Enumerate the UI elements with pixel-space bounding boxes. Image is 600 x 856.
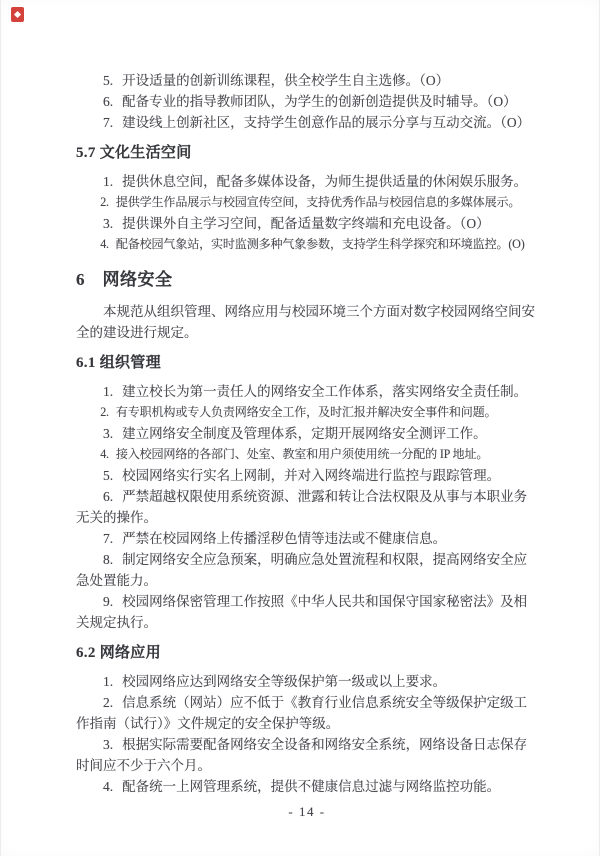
list-item-text: 配备专业的指导教师团队，为学生的创新创造提供及时辅导。（O） <box>122 94 517 109</box>
list-item-text: 严禁在校园网络上传播淫秽色情等违法或不健康信息。 <box>122 531 446 546</box>
list-item: 7.建设线上创新社区，支持学生创意作品的展示分享与互动交流。（O） <box>76 112 538 133</box>
list-item-text: 信息系统（网站）应不低于《教育行业信息系统安全等级保护定级工作指南（试行）》文件… <box>76 695 527 731</box>
list-item-number: 3. <box>103 426 113 441</box>
document-body: 5.开设适量的创新训练课程，供全校学生自主选修。（O）6.配备专业的指导教师团队… <box>76 70 538 797</box>
list-item-number: 8. <box>103 552 113 567</box>
list-item: 9.校园网络保密管理工作按照《中华人民共和国保守国家秘密法》及相关规定执行。 <box>76 591 538 633</box>
list-item-text: 校园网络应达到网络安全等级保护第一级或以上要求。 <box>122 674 446 689</box>
section-heading: 6.1 组织管理 <box>76 354 538 373</box>
list-item-text: 校园网络实行实名上网制，并对入网终端进行监控与跟踪管理。 <box>122 468 500 483</box>
list-item-number: 7. <box>103 531 113 546</box>
section-heading: 5.7 文化生活空间 <box>76 144 538 163</box>
list-item-text: 提供休息空间，配备多媒体设备，为师生提供适量的休闲娱乐服务。 <box>122 174 527 189</box>
list-item: 1.提供休息空间，配备多媒体设备，为师生提供适量的休闲娱乐服务。 <box>76 171 538 192</box>
red-stamp-icon <box>11 7 24 22</box>
list-item-text: 接入校园网络的各部门、处室、教室和用户须使用统一分配的 IP 地址。 <box>116 447 488 461</box>
chapter-heading: 6 网络安全 <box>76 268 538 291</box>
list-item: 3.建立网络安全制度及管理体系，定期开展网络安全测评工作。 <box>76 423 538 444</box>
list-item: 1.校园网络应达到网络安全等级保护第一级或以上要求。 <box>76 671 538 692</box>
list-item-number: 1. <box>103 674 113 689</box>
list-item: 2.信息系统（网站）应不低于《教育行业信息系统安全等级保护定级工作指南（试行）》… <box>76 692 538 734</box>
list-item: 3.提供课外自主学习空间，配备适量数字终端和充电设备。（O） <box>76 213 538 234</box>
list-item: 4.配备统一上网管理系统，提供不健康信息过滤与网络监控功能。 <box>76 776 538 797</box>
page-number: - 14 - <box>76 804 538 820</box>
list-item-text: 提供课外自主学习空间，配备适量数字终端和充电设备。（O） <box>122 216 490 231</box>
list-item-text: 根据实际需要配备网络安全设备和网络安全系统，网络设备日志保存时间应不少于六个月。 <box>76 737 527 773</box>
list-item: 3.根据实际需要配备网络安全设备和网络安全系统，网络设备日志保存时间应不少于六个… <box>76 734 538 776</box>
list-item: 2.提供学生作品展示与校园宣传空间，支持优秀作品与校园信息的多媒体展示。 <box>76 192 538 213</box>
list-item-number: 2. <box>100 195 109 209</box>
paragraph: 本规范从组织管理、网络应用与校园环境三个方面对数字校园网络空间安全的建设进行规定… <box>76 301 538 343</box>
list-item: 1.建立校长为第一责任人的网络安全工作体系，落实网络安全责任制。 <box>76 381 538 402</box>
list-item: 5.开设适量的创新训练课程，供全校学生自主选修。（O） <box>76 70 538 91</box>
list-item-text: 建立网络安全制度及管理体系，定期开展网络安全测评工作。 <box>122 426 487 441</box>
list-item: 6.严禁超越权限使用系统资源、泄露和转让合法权限及从事与本职业务无关的操作。 <box>76 486 538 528</box>
list-item: 8.制定网络安全应急预案，明确应急处置流程和权限，提高网络安全应急处置能力。 <box>76 549 538 591</box>
list-item: 7.严禁在校园网络上传播淫秽色情等违法或不健康信息。 <box>76 528 538 549</box>
list-item-number: 4. <box>100 447 109 461</box>
list-item: 6.配备专业的指导教师团队，为学生的创新创造提供及时辅导。（O） <box>76 91 538 112</box>
list-item-number: 6. <box>103 489 113 504</box>
list-item-text: 提供学生作品展示与校园宣传空间，支持优秀作品与校园信息的多媒体展示。 <box>116 195 520 209</box>
list-item-text: 建设线上创新社区，支持学生创意作品的展示分享与互动交流。（O） <box>122 115 530 130</box>
list-item-text: 制定网络安全应急预案，明确应急处置流程和权限，提高网络安全应急处置能力。 <box>76 552 527 588</box>
list-item-text: 开设适量的创新训练课程，供全校学生自主选修。（O） <box>122 73 449 88</box>
list-item-number: 9. <box>103 594 113 609</box>
list-item: 5.校园网络实行实名上网制，并对入网终端进行监控与跟踪管理。 <box>76 465 538 486</box>
list-item: 4.接入校园网络的各部门、处室、教室和用户须使用统一分配的 IP 地址。 <box>76 444 538 465</box>
section-heading: 6.2 网络应用 <box>76 644 538 663</box>
list-item-text: 校园网络保密管理工作按照《中华人民共和国保守国家秘密法》及相关规定执行。 <box>76 594 527 630</box>
list-item-number: 2. <box>103 695 113 710</box>
list-item-number: 7. <box>103 115 113 130</box>
document-page: 5.开设适量的创新训练课程，供全校学生自主选修。（O）6.配备专业的指导教师团队… <box>0 0 600 856</box>
list-item-number: 5. <box>103 468 113 483</box>
list-item-number: 4. <box>103 779 113 794</box>
list-item-text: 建立校长为第一责任人的网络安全工作体系，落实网络安全责任制。 <box>122 384 527 399</box>
list-item-number: 6. <box>103 94 113 109</box>
list-item: 4.配备校园气象站，实时监测多种气象参数，支持学生科学探究和环境监控。(O) <box>76 234 538 255</box>
list-item-number: 4. <box>100 237 109 251</box>
list-item-text: 有专职机构或专人负责网络安全工作，及时汇报并解决安全事件和问题。 <box>116 405 497 419</box>
list-item: 2.有专职机构或专人负责网络安全工作，及时汇报并解决安全事件和问题。 <box>76 402 538 423</box>
list-item-number: 3. <box>103 216 113 231</box>
list-item-text: 严禁超越权限使用系统资源、泄露和转让合法权限及从事与本职业务无关的操作。 <box>76 489 527 525</box>
list-item-text: 配备统一上网管理系统，提供不健康信息过滤与网络监控功能。 <box>122 779 500 794</box>
list-item-number: 2. <box>100 405 109 419</box>
list-item-number: 1. <box>103 384 113 399</box>
list-item-text: 配备校园气象站，实时监测多种气象参数，支持学生科学探究和环境监控。(O) <box>116 237 525 251</box>
list-item-number: 3. <box>103 737 113 752</box>
list-item-number: 1. <box>103 174 113 189</box>
list-item-number: 5. <box>103 73 113 88</box>
